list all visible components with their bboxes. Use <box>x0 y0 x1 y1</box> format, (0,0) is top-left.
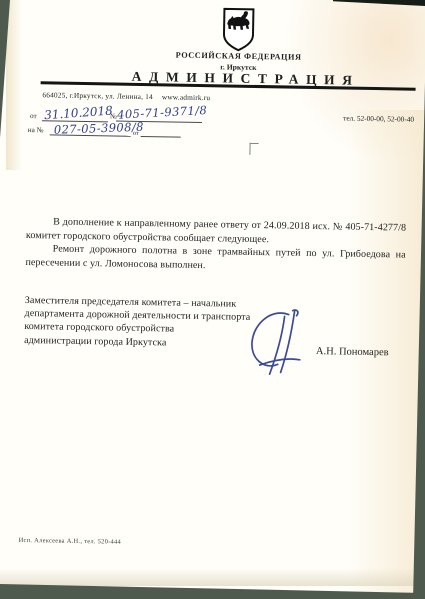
handwritten-signature <box>242 306 309 379</box>
addressee-corner-mark <box>249 143 258 155</box>
ref-reply-handwritten: 027-05-3908/8 <box>54 120 144 137</box>
irkutsk-coat-of-arms-icon <box>222 7 255 52</box>
letterhead-address: 664025, г.Иркутск, ул. Ленина, 14www.adm… <box>42 90 210 102</box>
letter-body: В дополнение к направленному ранее ответ… <box>25 215 406 276</box>
ref-date-label: от <box>30 112 37 120</box>
letter-content: РОССИЙСКАЯ ФЕДЕРАЦИЯ г. Иркутск АДМИНИСТ… <box>0 0 425 599</box>
website-text: www.admirk.ru <box>162 92 210 102</box>
ref-date-handwritten: 31.10.2018 <box>44 103 114 122</box>
executor-note: Исп. Алексеева А.Н., тел. 520-444 <box>19 537 122 546</box>
address-text: 664025, г.Иркутск, ул. Ленина, 14 <box>42 90 153 101</box>
ref-reply-date-label: от <box>133 130 139 137</box>
ref-reply-label: на № <box>28 126 44 134</box>
ref-number-label: № <box>110 112 117 120</box>
signer-name: А.Н. Пономарев <box>316 346 389 358</box>
scanned-letter: РОССИЙСКАЯ ФЕДЕРАЦИЯ г. Иркутск АДМИНИСТ… <box>0 0 425 599</box>
body-paragraph-2: Ремонт дорожного полотна в зоне трамвайн… <box>25 242 405 276</box>
ref-number-handwritten: 405-71-9371/8 <box>117 103 208 122</box>
letterhead-phone: тел. 52-00-00, 52-00-40 <box>288 113 414 124</box>
ref-reply-date-underline <box>141 136 181 138</box>
